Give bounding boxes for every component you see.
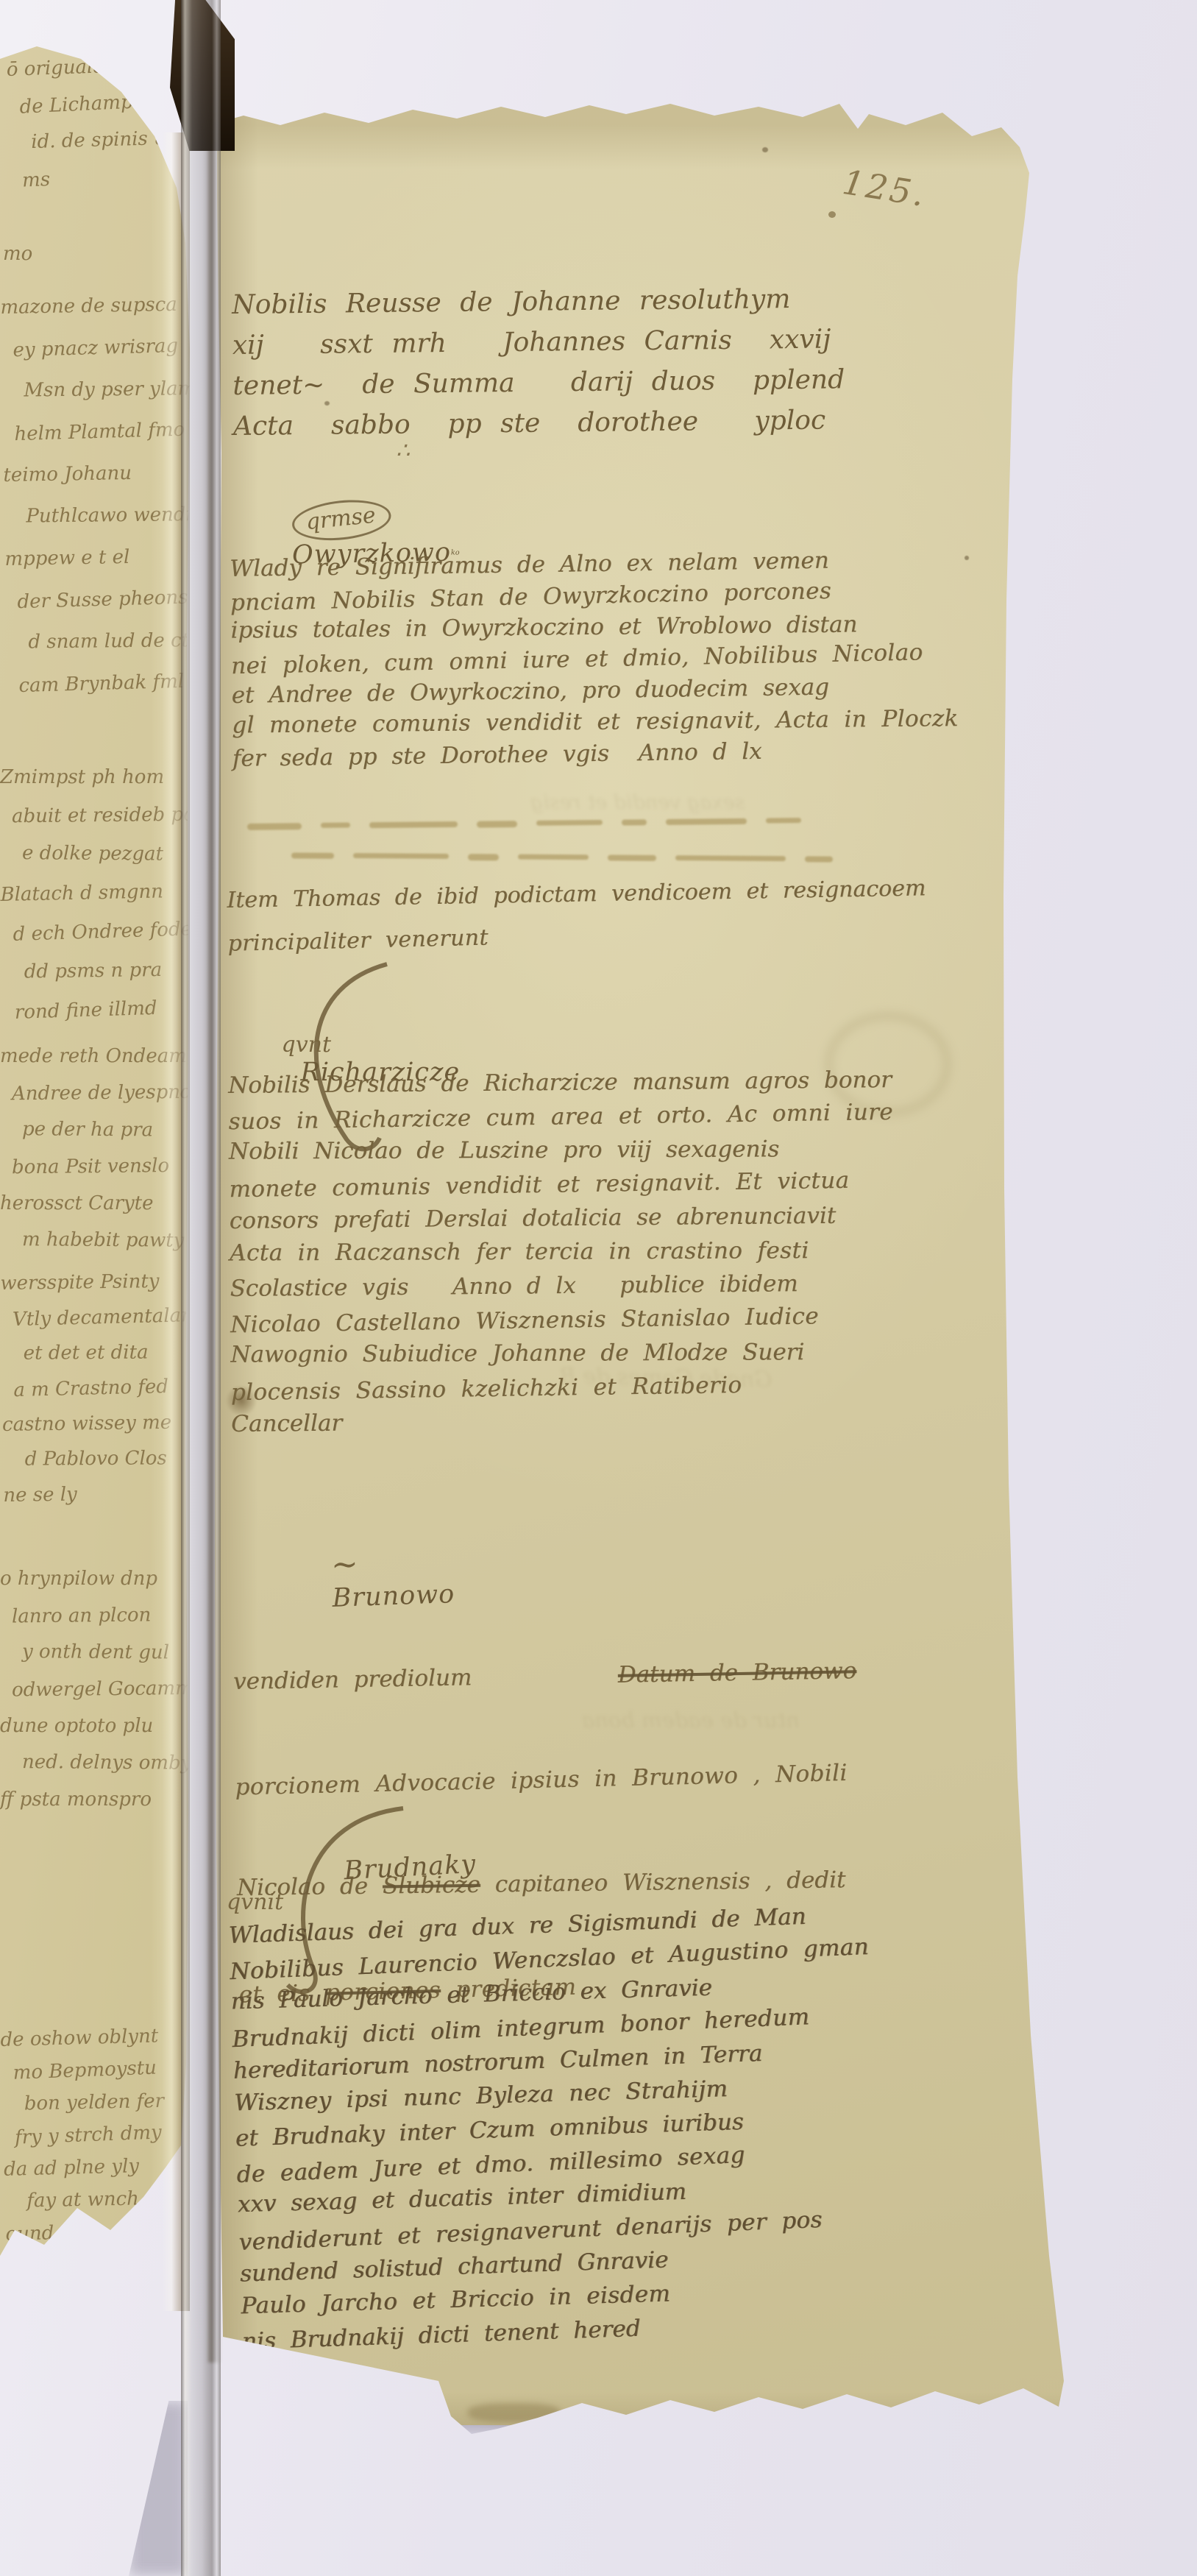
entry-body-brudnaky: Wladislaus dei gra dux re Sigismundi de … (228, 1892, 1037, 2358)
body-line: vendiden prediolum Datum de Brunowo (233, 1654, 857, 1699)
left-page-fragment: ound m ea phn (5, 2214, 182, 2251)
paper-speck (762, 147, 768, 152)
showthrough-text: sexag vendid et resig (530, 791, 745, 814)
header-line: Acta sabbo pp ste dorothee yploc (233, 400, 845, 447)
header-line: tenet~ de Summa darij duos pplend (232, 359, 845, 406)
erased-line (291, 852, 833, 863)
entry-heading-brudnaky: Brudnaky (320, 1836, 477, 1901)
left-page-fragment: fry y strch dmy (14, 2116, 180, 2154)
edge-smudge (468, 2403, 560, 2422)
header-line: xij ssxt mrh Johannes Carnis xxvij (232, 319, 845, 366)
erased-line (247, 818, 801, 830)
heading-flourish-icon: ∼ (330, 1546, 356, 1584)
book-cradle-strap (181, 0, 221, 2576)
struck-text: Datum de Brunowo (617, 1657, 856, 1688)
left-page-fragment: he ond fine dab (18, 2245, 183, 2283)
entry-title: Brudnaky (343, 1850, 477, 1886)
register-margin-mark: qvnit (227, 1889, 283, 1915)
page-number: 125. (840, 162, 929, 214)
entry-body-owyrzkowo: Wlady re Signifiramus de Alno ex nelam v… (230, 542, 1023, 775)
left-page-fragment: da ad plne yly (4, 2149, 181, 2186)
left-page-text-cluster: de oshow oblyntmo Bepmoystubon yelden fe… (0, 2020, 185, 2348)
left-page-fragment: mo (3, 236, 32, 272)
circled-register-mark: qrmse (290, 495, 393, 545)
body-line: Acta in Raczansch fer tercia in crastino… (230, 1233, 1020, 1270)
separator-mark: ∴ (396, 438, 410, 464)
left-page-fragment: y dilutet ord e (29, 2279, 183, 2314)
folio-dot (828, 211, 836, 218)
strap-shadow (129, 2401, 188, 2576)
manuscript-photo: ō origualach Crenzode Lichampize Arcid. … (0, 0, 1197, 2576)
left-page-fragment: fay at wnch dep (26, 2182, 181, 2217)
left-page-fragment: wse pd ym y (19, 2310, 185, 2348)
manuscript-page: Gnade Comes de B ntur de eadem bona sexa… (214, 85, 1090, 2425)
header-entry: Nobilis Reusse de Johanne resoluthymxij … (232, 278, 845, 447)
body-line: porcionem Advocacie ipsius in Brunowo , … (235, 1756, 859, 1805)
left-page-fragment: de oshow oblynt (0, 2020, 177, 2056)
entry-body-item-thomas: Item Thomas de ibid podictam vendicoem e… (227, 868, 927, 963)
left-page-fragment: mo Bepmoystu (13, 2051, 178, 2090)
entry-body-richarzicze: Nobilis Derslaus de Richarzicze mansum a… (228, 1062, 1022, 1441)
register-margin-mark: qvnt (282, 1032, 332, 1058)
left-page-fragment: bon yelden fer (24, 2084, 178, 2120)
left-page-text-cluster: mo (3, 236, 32, 272)
header-line: Nobilis Reusse de Johanne resoluthym (232, 278, 844, 325)
